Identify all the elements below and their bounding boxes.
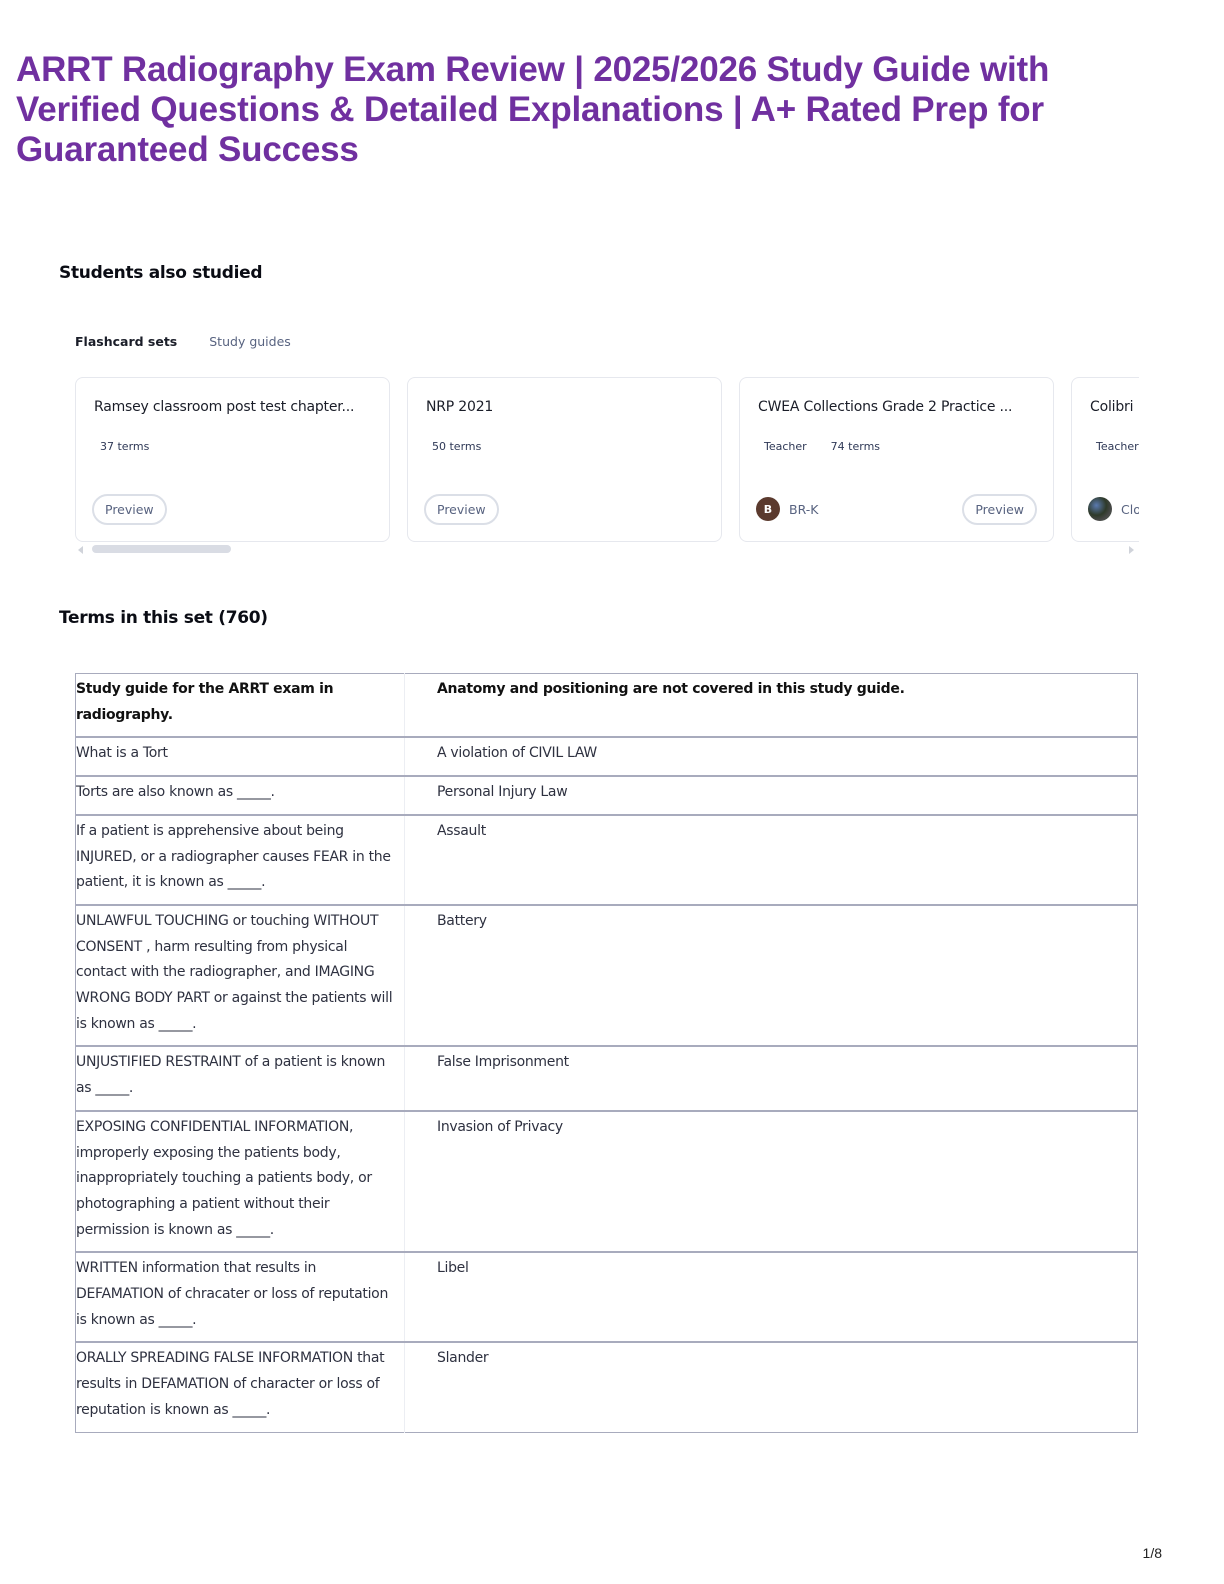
- card-meta: Teacher: [1096, 440, 1139, 453]
- card-meta: 37 terms: [100, 440, 149, 453]
- related-sets-carousel: Ramsey classroom post test chapter... 37…: [75, 377, 1139, 543]
- page-number: 1/8: [1143, 1545, 1162, 1561]
- definition-cell: Invasion of Privacy: [405, 1111, 1138, 1253]
- card-title[interactable]: NRP 2021: [426, 399, 707, 415]
- card-title[interactable]: CWEA Collections Grade 2 Practice ...: [758, 399, 1039, 415]
- carousel-scrollbar[interactable]: [78, 544, 1138, 556]
- related-set-card[interactable]: NRP 2021 50 terms Preview: [407, 377, 722, 542]
- definition-cell: Battery: [405, 905, 1138, 1047]
- terms-heading: Terms in this set (760): [59, 608, 268, 628]
- creator[interactable]: Clo: [1088, 497, 1139, 521]
- tab-flashcard-sets[interactable]: Flashcard sets: [75, 334, 177, 349]
- creator[interactable]: B BR-K: [756, 497, 818, 521]
- study-tabs: Flashcard sets Study guides: [75, 334, 291, 349]
- definition-cell: Assault: [405, 815, 1138, 905]
- term-cell: ORALLY SPREADING FALSE INFORMATION that …: [76, 1342, 405, 1432]
- term-cell: Torts are also known as _____.: [76, 776, 405, 815]
- term-cell: What is a Tort: [76, 737, 405, 776]
- card-title[interactable]: Colibri: [1090, 399, 1139, 415]
- definition-cell: Personal Injury Law: [405, 776, 1138, 815]
- creator-name[interactable]: Clo: [1121, 502, 1139, 517]
- term-cell: EXPOSING CONFIDENTIAL INFORMATION, impro…: [76, 1111, 405, 1253]
- related-set-card[interactable]: CWEA Collections Grade 2 Practice ... Te…: [739, 377, 1054, 542]
- table-row: What is a TortA violation of CIVIL LAW: [76, 737, 1138, 776]
- term-cell: UNJUSTIFIED RESTRAINT of a patient is kn…: [76, 1046, 405, 1110]
- avatar: B: [756, 497, 780, 521]
- term-cell: Study guide for the ARRT exam in radiogr…: [76, 674, 405, 738]
- table-row: ORALLY SPREADING FALSE INFORMATION that …: [76, 1342, 1138, 1432]
- preview-button[interactable]: Preview: [424, 494, 499, 525]
- scrollbar-thumb[interactable]: [92, 545, 231, 553]
- triangle-left-icon[interactable]: [78, 546, 83, 554]
- definition-cell: Anatomy and positioning are not covered …: [405, 674, 1138, 738]
- table-row: UNLAWFUL TOUCHING or touching WITHOUT CO…: [76, 905, 1138, 1047]
- definition-cell: False Imprisonment: [405, 1046, 1138, 1110]
- table-row: WRITTEN information that results in DEFA…: [76, 1252, 1138, 1342]
- table-row: Torts are also known as _____.Personal I…: [76, 776, 1138, 815]
- creator-name[interactable]: BR-K: [789, 502, 818, 517]
- card-title[interactable]: Ramsey classroom post test chapter...: [94, 399, 375, 415]
- term-count: 37 terms: [100, 440, 149, 453]
- term-cell: WRITTEN information that results in DEFA…: [76, 1252, 405, 1342]
- preview-button[interactable]: Preview: [962, 494, 1037, 525]
- tab-study-guides[interactable]: Study guides: [209, 334, 291, 349]
- table-row: Study guide for the ARRT exam in radiogr…: [76, 674, 1138, 738]
- avatar: [1088, 497, 1112, 521]
- term-count: 50 terms: [432, 440, 481, 453]
- related-set-card[interactable]: Colibri Teacher Clo: [1071, 377, 1139, 542]
- terms-table: Study guide for the ARRT exam in radiogr…: [75, 673, 1138, 1433]
- term-cell: UNLAWFUL TOUCHING or touching WITHOUT CO…: [76, 905, 405, 1047]
- definition-cell: Slander: [405, 1342, 1138, 1432]
- triangle-right-icon[interactable]: [1129, 546, 1134, 554]
- table-row: UNJUSTIFIED RESTRAINT of a patient is kn…: [76, 1046, 1138, 1110]
- document-title: ARRT Radiography Exam Review | 2025/2026…: [16, 50, 1126, 170]
- table-row: If a patient is apprehensive about being…: [76, 815, 1138, 905]
- card-meta: Teacher 74 terms: [764, 440, 880, 453]
- related-set-card[interactable]: Ramsey classroom post test chapter... 37…: [75, 377, 390, 542]
- term-cell: If a patient is apprehensive about being…: [76, 815, 405, 905]
- teacher-badge: Teacher: [1096, 440, 1139, 453]
- table-row: EXPOSING CONFIDENTIAL INFORMATION, impro…: [76, 1111, 1138, 1253]
- definition-cell: Libel: [405, 1252, 1138, 1342]
- teacher-badge: Teacher: [764, 440, 807, 453]
- card-meta: 50 terms: [432, 440, 481, 453]
- students-also-studied-heading: Students also studied: [59, 263, 262, 283]
- preview-button[interactable]: Preview: [92, 494, 167, 525]
- definition-cell: A violation of CIVIL LAW: [405, 737, 1138, 776]
- term-count: 74 terms: [831, 440, 880, 453]
